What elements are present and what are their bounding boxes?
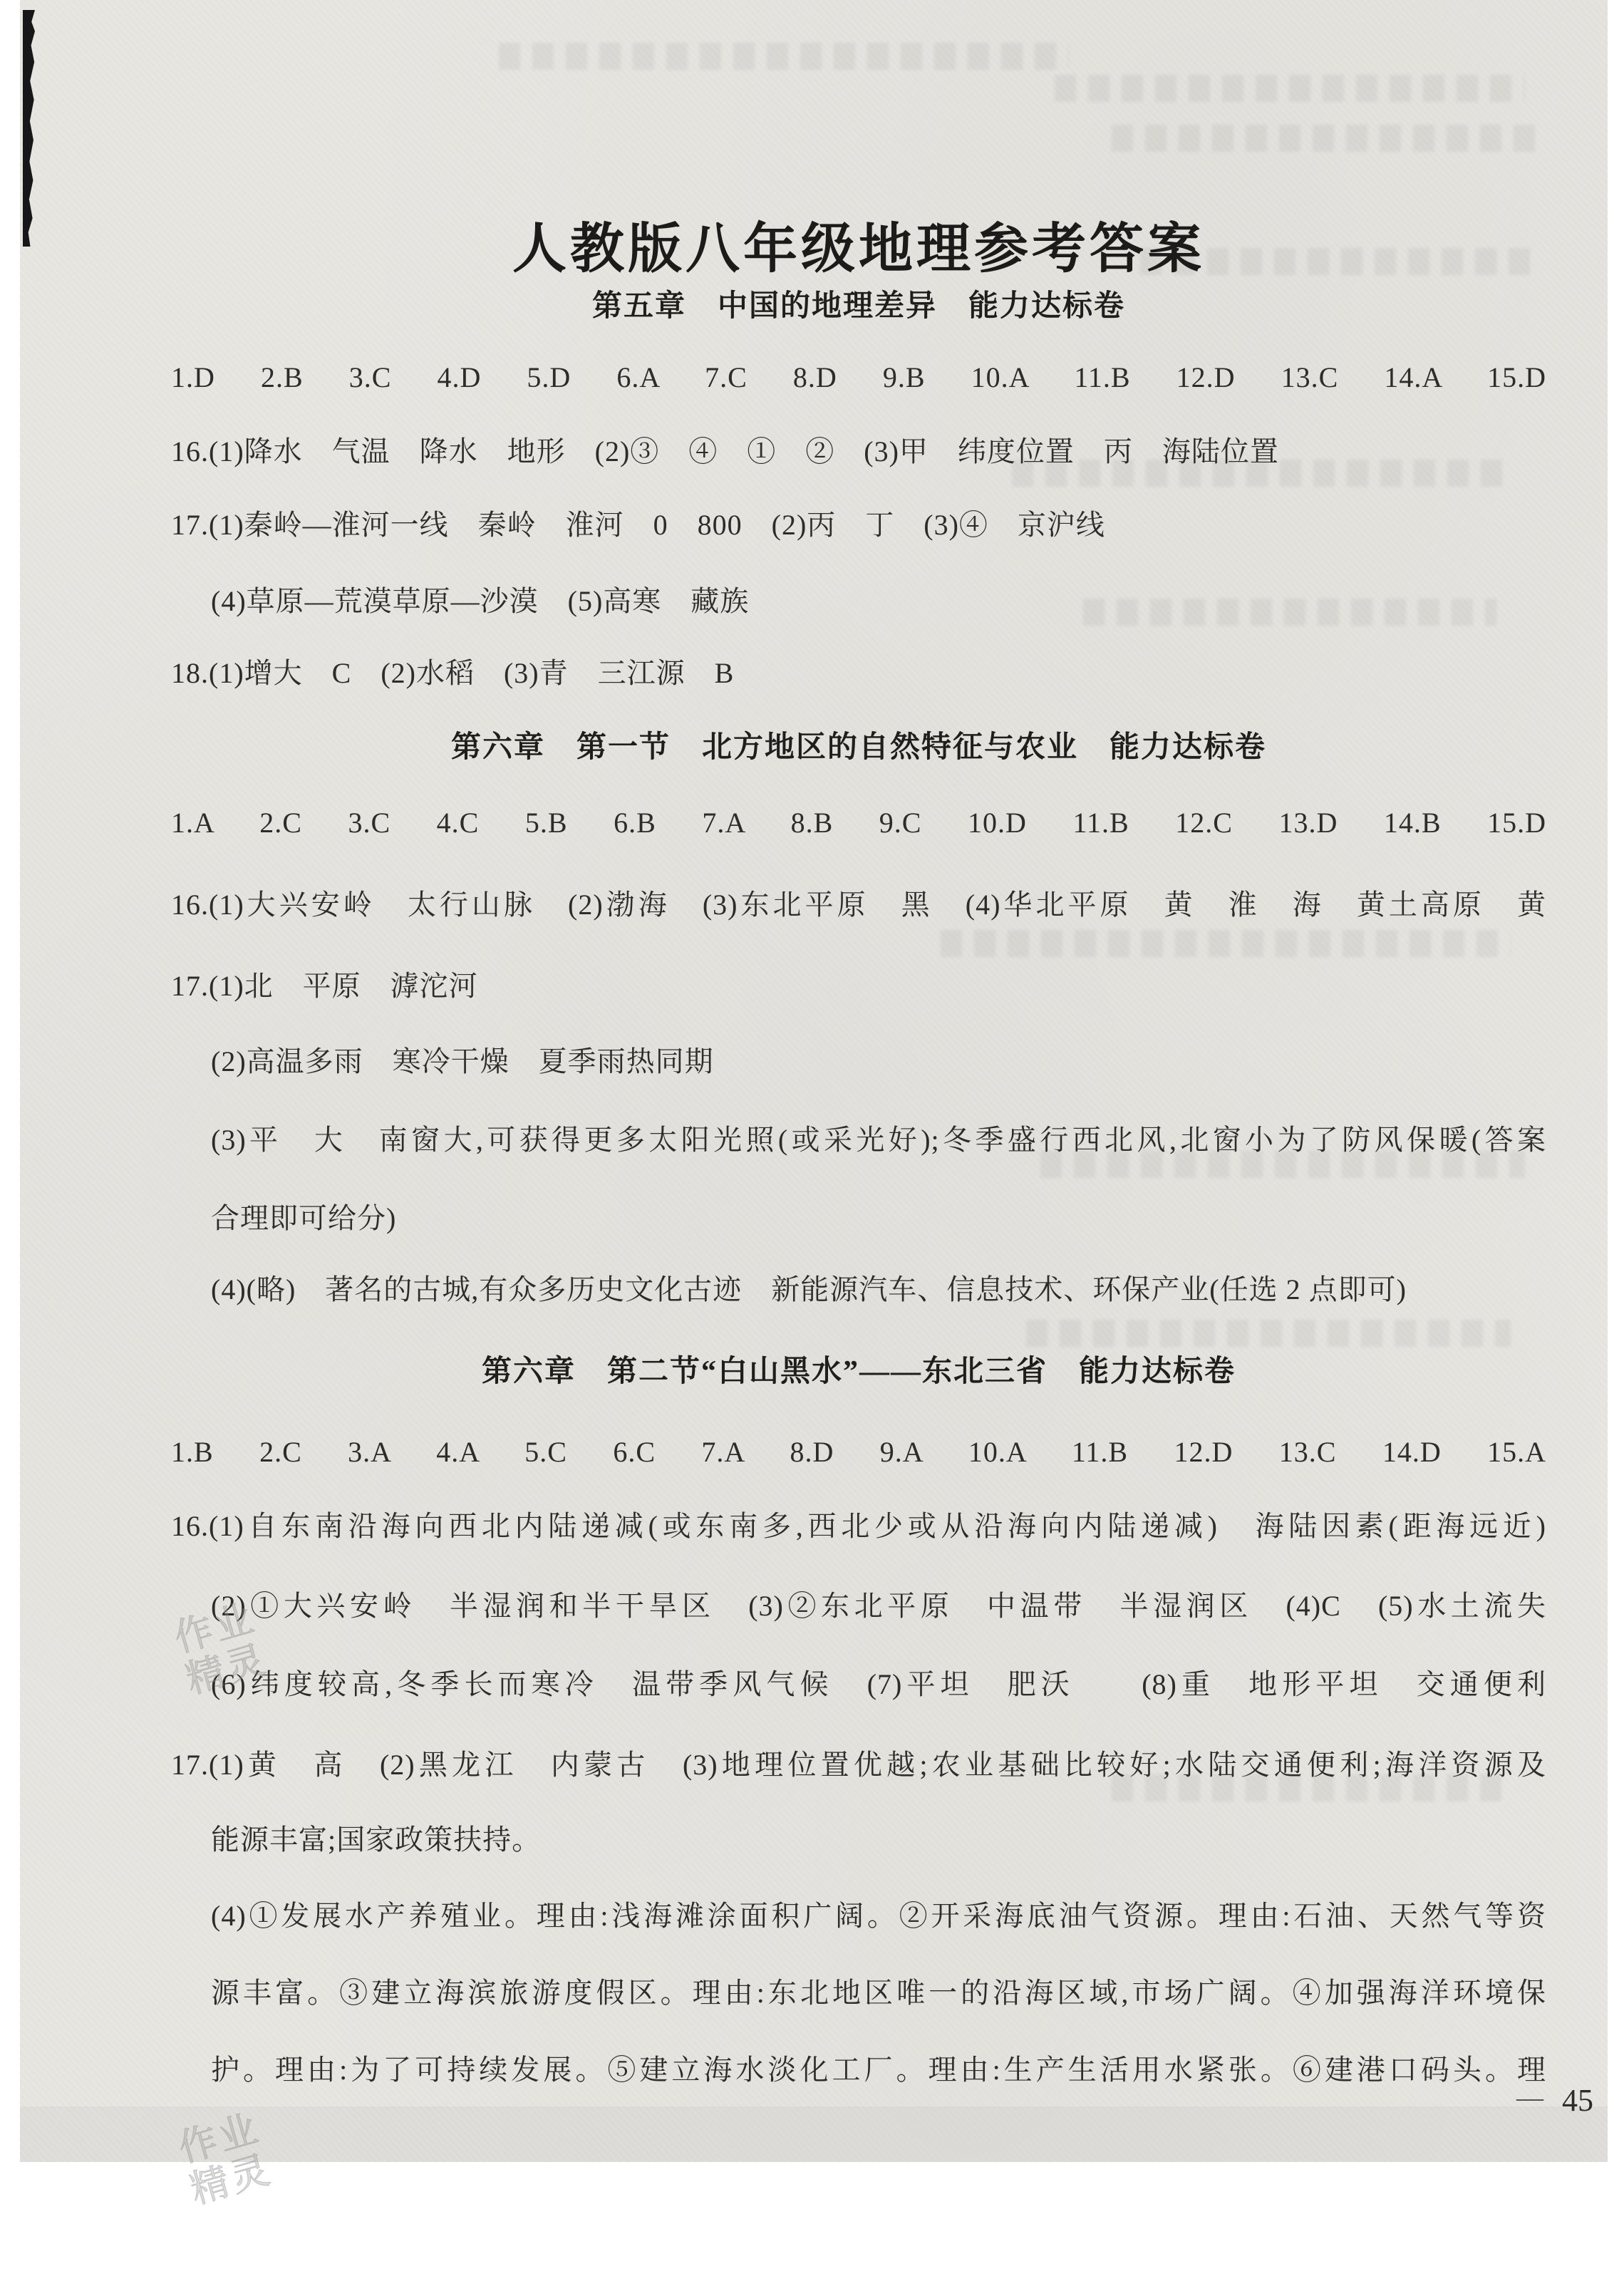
answers-row: 1.D 2.B 3.C 4.D 5.D 6.A 7.C 8.D 9.B 10.A… <box>171 355 1546 395</box>
answer-line-q17: 17.(1)黄 高 (2)黑龙江 内蒙古 (3)地理位置优越;农业基础比较好;水… <box>171 1742 1546 1783</box>
answer-line-q17-3: (3)平 大 南窗大,可获得更多太阳光照(或采光好);冬季盛行西北风,北窗小为了… <box>171 1117 1546 1158</box>
answer-line-q16-2: (2)①大兴安岭 半湿润和半干旱区 (3)②东北平原 中温带 半湿润区 (4)C… <box>171 1583 1546 1624</box>
answer-line-q17-4: (4)(略) 著名的古城,有众多历史文化古迹 新能源汽车、信息技术、环保产业(任… <box>171 1267 1546 1308</box>
answer-line-q18: 18.(1)增大 C (2)水稻 (3)青 三江源 B <box>171 651 1546 691</box>
answer-line-q17-4-cont2: 护。理由:为了可持续发展。⑤建立海水淡化工厂。理由:生产生活用水紧张。⑥建港口码… <box>171 2047 1546 2088</box>
answer-line-q16-6: (6)纬度较高,冬季长而寒冷 温带季风气候 (7)平坦 肥沃 (8)重 地形平坦… <box>171 1662 1546 1702</box>
bleed-through-ghost <box>1112 125 1539 152</box>
answer-line-q17-cont: (4)草原—荒漠草原—沙漠 (5)高寒 藏族 <box>171 579 1546 619</box>
bleed-through-ghost <box>499 43 1069 70</box>
section-heading-ch5: 第五章 中国的地理差异 能力达标卷 <box>171 282 1546 325</box>
bleed-through-ghost <box>941 930 1511 957</box>
answer-line-q16: 16.(1)降水 气温 降水 地形 (2)③ ④ ① ② (3)甲 纬度位置 丙… <box>171 429 1546 470</box>
page-footer: —45 <box>1516 2082 1609 2119</box>
bleed-through-ghost <box>1026 1320 1511 1347</box>
answer-line-q17-2: (2)高温多雨 寒冷干燥 夏季雨热同期 <box>171 1039 1546 1080</box>
answer-line-q17: 17.(1)北 平原 滹沱河 <box>171 963 1546 1004</box>
answer-line-q17-cont: 能源丰富;国家政策扶持。 <box>171 1817 1546 1858</box>
scanned-answer-page: { "page": { "title": "人教版八年级地理参考答案", "wa… <box>0 0 1624 2286</box>
footer-dash: — <box>1516 2083 1543 2113</box>
answer-line-q17-4-cont: 源丰富。③建立海滨旅游度假区。理由:东北地区唯一的沿海区域,市场广阔。④加强海洋… <box>171 1970 1546 2011</box>
page-title: 人教版八年级地理参考答案 <box>171 205 1546 283</box>
answer-line-q17-4: (4)①发展水产养殖业。理由:浅海滩涂面积广阔。②开采海底油气资源。理由:石油、… <box>171 1893 1546 1934</box>
answers-row: 1.A 2.C 3.C 4.C 5.B 6.B 7.A 8.B 9.C 10.D… <box>171 800 1546 841</box>
answer-line-q16: 16.(1)自东南沿海向西北内陆递减(或东南多,西北少或从沿海向内陆递减) 海陆… <box>171 1504 1546 1544</box>
bleed-through-ghost <box>1055 75 1525 102</box>
answer-line-q17-3-cont: 合理即可给分) <box>171 1196 1546 1236</box>
section-heading-ch6s2: 第六章 第二节“白山黑水”——东北三省 能力达标卷 <box>171 1348 1546 1390</box>
page-number: 45 <box>1562 2083 1593 2118</box>
answers-row: 1.B 2.C 3.A 4.A 5.C 6.C 7.A 8.D 9.A 10.A… <box>171 1429 1546 1470</box>
answer-line-q17: 17.(1)秦岭—淮河一线 秦岭 淮河 0 800 (2)丙 丁 (3)④ 京沪… <box>171 502 1546 543</box>
answer-line-q16: 16.(1)大兴安岭 太行山脉 (2)渤海 (3)东北平原 黑 (4)华北平原 … <box>171 882 1546 923</box>
section-heading-ch6s1: 第六章 第一节 北方地区的自然特征与农业 能力达标卷 <box>171 723 1546 766</box>
